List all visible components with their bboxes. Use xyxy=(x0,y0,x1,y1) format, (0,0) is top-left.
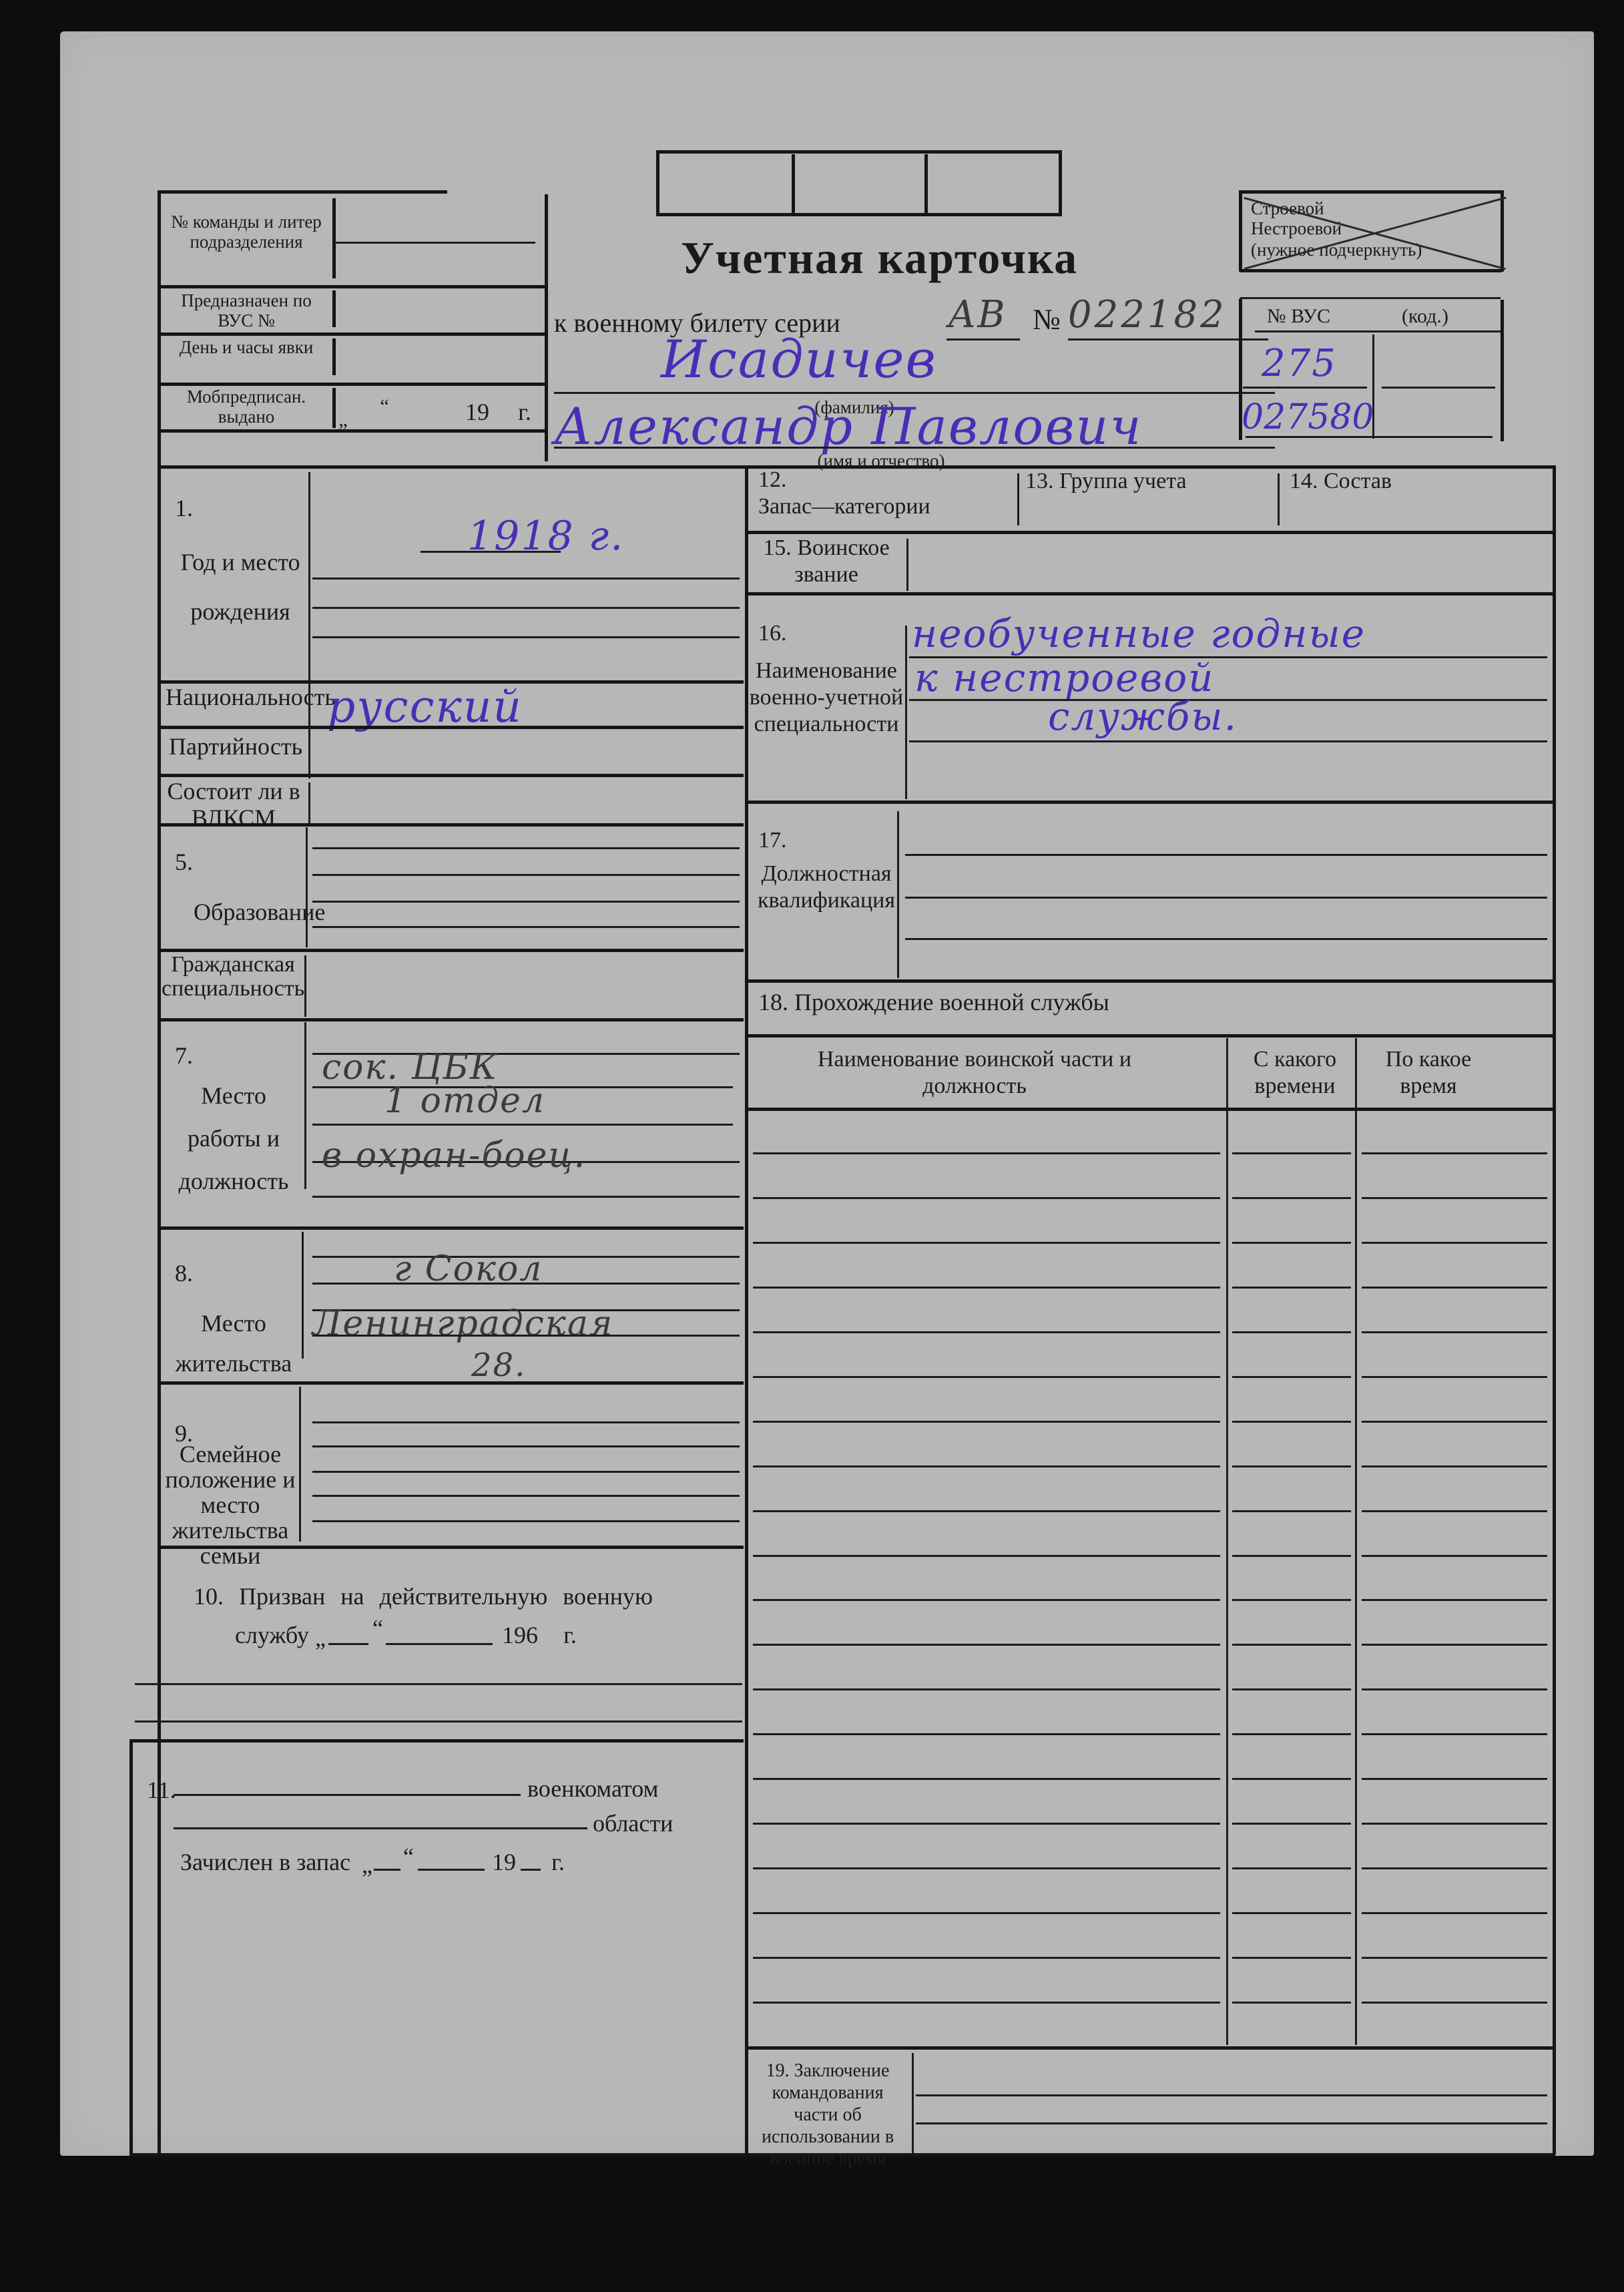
table-row-line[interactable] xyxy=(753,1555,1220,1557)
vus-code-value[interactable]: 027580 xyxy=(1242,396,1374,439)
table-header-to: По какое время xyxy=(1362,1046,1495,1100)
field-12-label: Запас—категории xyxy=(758,492,930,521)
label-command-number: № команды и литер подразделения xyxy=(162,212,331,252)
table-row-line[interactable] xyxy=(1362,1152,1547,1154)
field-5-label: Образование xyxy=(194,893,287,931)
table-row-line[interactable] xyxy=(1362,1733,1547,1735)
table-row-line[interactable] xyxy=(753,1331,1220,1333)
name-patronymic-value[interactable]: Александр Павлович xyxy=(554,405,1143,448)
table-row-line[interactable] xyxy=(753,1778,1220,1780)
field-11-quote-close: “ xyxy=(402,1842,415,1871)
field-7-num: 7. xyxy=(175,1041,193,1070)
table-row-line[interactable] xyxy=(1232,1778,1351,1780)
field-10-quote-open: „ xyxy=(314,1623,327,1652)
table-row-line[interactable] xyxy=(1232,1242,1351,1244)
input-line[interactable] xyxy=(916,2122,1547,2124)
table-row-line[interactable] xyxy=(753,1823,1220,1825)
field-11-quote-open: „ xyxy=(360,1850,374,1879)
workplace-line2[interactable]: 1 отдел xyxy=(384,1080,545,1122)
field-11-label-a: военкоматом xyxy=(527,1774,658,1803)
table-row-line[interactable] xyxy=(753,1957,1220,1959)
field-10-quote-close: “ xyxy=(371,1614,384,1643)
field-11-year: 19 xyxy=(487,1847,521,1877)
table-row-line[interactable] xyxy=(1362,1778,1547,1780)
table-row-line[interactable] xyxy=(1232,1152,1351,1154)
label-assigned-vus: Предназначен по ВУС № xyxy=(162,290,331,330)
table-header-from: С какого времени xyxy=(1228,1046,1362,1100)
table-header-unit: Наименование воинской части и должность xyxy=(774,1046,1175,1100)
field-16-label: Наименование военно-учетной специальност… xyxy=(748,658,905,738)
input-line[interactable] xyxy=(135,1683,742,1685)
table-row-line[interactable] xyxy=(1232,1197,1351,1199)
table-row-line[interactable] xyxy=(753,1510,1220,1512)
field-1-label: Год и место рождения xyxy=(180,537,300,636)
table-row-line[interactable] xyxy=(753,2002,1220,2004)
vus-label: № ВУС xyxy=(1267,306,1330,326)
table-row-line[interactable] xyxy=(1362,1688,1547,1690)
mob-order-quote-open: „ xyxy=(336,405,350,435)
workplace-line3[interactable]: в охран-боец. xyxy=(322,1134,586,1177)
field-11-label-b: области xyxy=(593,1809,673,1838)
table-row-line[interactable] xyxy=(1362,1376,1547,1378)
input-line[interactable] xyxy=(916,2094,1547,2096)
table-row-line[interactable] xyxy=(753,1242,1220,1244)
region-input[interactable] xyxy=(174,1827,587,1829)
field-10-label-line2: службу xyxy=(235,1620,309,1650)
ticket-series-value[interactable]: АВ xyxy=(948,294,1007,336)
ticket-number-value[interactable]: 022182 xyxy=(1068,294,1227,336)
table-row-line[interactable] xyxy=(753,1465,1220,1467)
registration-card: № команды и литер подразделения Предназн… xyxy=(60,31,1594,2156)
table-row-line[interactable] xyxy=(1232,1331,1351,1333)
field-11-year-suffix: г. xyxy=(545,1847,571,1877)
table-row-line[interactable] xyxy=(1232,1912,1351,1914)
field-16-num: 16. xyxy=(758,619,787,648)
table-row-line[interactable] xyxy=(1362,1957,1547,1959)
table-row-line[interactable] xyxy=(753,1599,1220,1601)
military-specialty-line3[interactable]: службы. xyxy=(1048,695,1238,738)
field-10-year-suffix: г. xyxy=(557,1620,583,1650)
table-row-line[interactable] xyxy=(753,1421,1220,1423)
field-15-label: 15. Воинское звание xyxy=(748,535,905,588)
table-row-line[interactable] xyxy=(753,1644,1220,1646)
mob-order-year-suffix: г. xyxy=(511,397,538,427)
field-17-label: Должностная квалификация xyxy=(748,861,905,914)
table-row-line[interactable] xyxy=(1232,1599,1351,1601)
table-row-line[interactable] xyxy=(753,1912,1220,1914)
table-row-line[interactable] xyxy=(1232,1867,1351,1869)
table-row-line[interactable] xyxy=(753,1376,1220,1378)
field-6-label: Гражданская специальность xyxy=(162,953,304,1001)
mob-order-year: 19 xyxy=(461,397,494,427)
label-mob-order: Мобпредписан. выдано xyxy=(162,387,331,427)
table-row-line[interactable] xyxy=(1362,1644,1547,1646)
field-7-label: Место работы и должность xyxy=(167,1074,300,1202)
table-row-line[interactable] xyxy=(753,1867,1220,1869)
field-11-num: 11. xyxy=(147,1775,176,1805)
vus-number-value[interactable]: 275 xyxy=(1262,342,1337,385)
table-row-line[interactable] xyxy=(1232,1287,1351,1289)
field-14-label: 14. Состав xyxy=(1290,467,1392,496)
table-row-line[interactable] xyxy=(1232,1376,1351,1378)
table-row-line[interactable] xyxy=(1362,1867,1547,1869)
table-row-line[interactable] xyxy=(1362,2002,1547,2004)
table-row-line[interactable] xyxy=(1232,1465,1351,1467)
table-row-line[interactable] xyxy=(1232,1510,1351,1512)
table-row-line[interactable] xyxy=(1232,1823,1351,1825)
mob-order-quote-close: “ xyxy=(378,392,391,421)
table-row-line[interactable] xyxy=(1362,1242,1547,1244)
field-19-label: 19. Заключение командования части об исп… xyxy=(748,2060,908,2170)
surname-value[interactable]: Исадичев xyxy=(661,338,937,381)
table-row-line[interactable] xyxy=(1232,1733,1351,1735)
field-2-label: Национальность xyxy=(166,683,306,711)
table-row-line[interactable] xyxy=(1362,1510,1547,1512)
table-row-line[interactable] xyxy=(1232,2002,1351,2004)
table-row-line[interactable] xyxy=(1232,1688,1351,1690)
military-office-input[interactable] xyxy=(174,1794,521,1796)
label-report-day: День и часы явки xyxy=(162,337,331,357)
field-10-label-line1: 10. Призван на действительную военную xyxy=(194,1582,653,1611)
field-10-year: 196 xyxy=(497,1620,543,1650)
table-row-line[interactable] xyxy=(1362,1197,1547,1199)
table-row-line[interactable] xyxy=(1232,1957,1351,1959)
table-row-line[interactable] xyxy=(753,1152,1220,1154)
field-5-num: 5. xyxy=(175,847,193,877)
table-row-line[interactable] xyxy=(1232,1555,1351,1557)
number-sign: № xyxy=(1027,305,1067,334)
field-11-label-c: Зачислен в запас xyxy=(180,1847,350,1877)
field-12-num: 12. xyxy=(758,465,787,495)
table-row-line[interactable] xyxy=(1232,1644,1351,1646)
table-row-line[interactable] xyxy=(1362,1421,1547,1423)
military-specialty-line2[interactable]: к нестроевой xyxy=(914,656,1214,699)
military-specialty-line1[interactable]: необученные годные xyxy=(912,612,1366,655)
page-title: Учетная карточка xyxy=(681,232,1078,284)
table-row-line[interactable] xyxy=(753,1688,1220,1690)
nationality-value[interactable]: русский xyxy=(327,686,523,728)
table-row-line[interactable] xyxy=(1362,1465,1547,1467)
table-row-line[interactable] xyxy=(1362,1912,1547,1914)
field-17-num: 17. xyxy=(758,826,787,855)
residence-line2[interactable]: Ленинградская xyxy=(312,1303,613,1345)
field-3-label: Партийность xyxy=(166,732,306,760)
table-row-line[interactable] xyxy=(753,1287,1220,1289)
field-8-num: 8. xyxy=(175,1258,193,1288)
input-line[interactable] xyxy=(135,1721,742,1723)
table-row-line[interactable] xyxy=(1362,1331,1547,1333)
field-9-label: Семейное положение и место жительства се… xyxy=(160,1441,300,1568)
table-row-line[interactable] xyxy=(1362,1287,1547,1289)
table-row-line[interactable] xyxy=(1362,1555,1547,1557)
table-row-line[interactable] xyxy=(1232,1421,1351,1423)
table-row-line[interactable] xyxy=(753,1733,1220,1735)
field-1-num: 1. xyxy=(175,493,193,523)
table-row-line[interactable] xyxy=(1362,1823,1547,1825)
field-13-label: 13. Группа учета xyxy=(1025,467,1187,496)
field-18-label: 18. Прохождение военной службы xyxy=(758,987,1109,1017)
residence-line3[interactable]: 28. xyxy=(471,1344,526,1387)
table-row-line[interactable] xyxy=(753,1197,1220,1199)
table-row-line[interactable] xyxy=(1362,1599,1547,1601)
vus-code-label: (код.) xyxy=(1402,306,1448,326)
field-8-label: Место жительства xyxy=(167,1303,300,1383)
